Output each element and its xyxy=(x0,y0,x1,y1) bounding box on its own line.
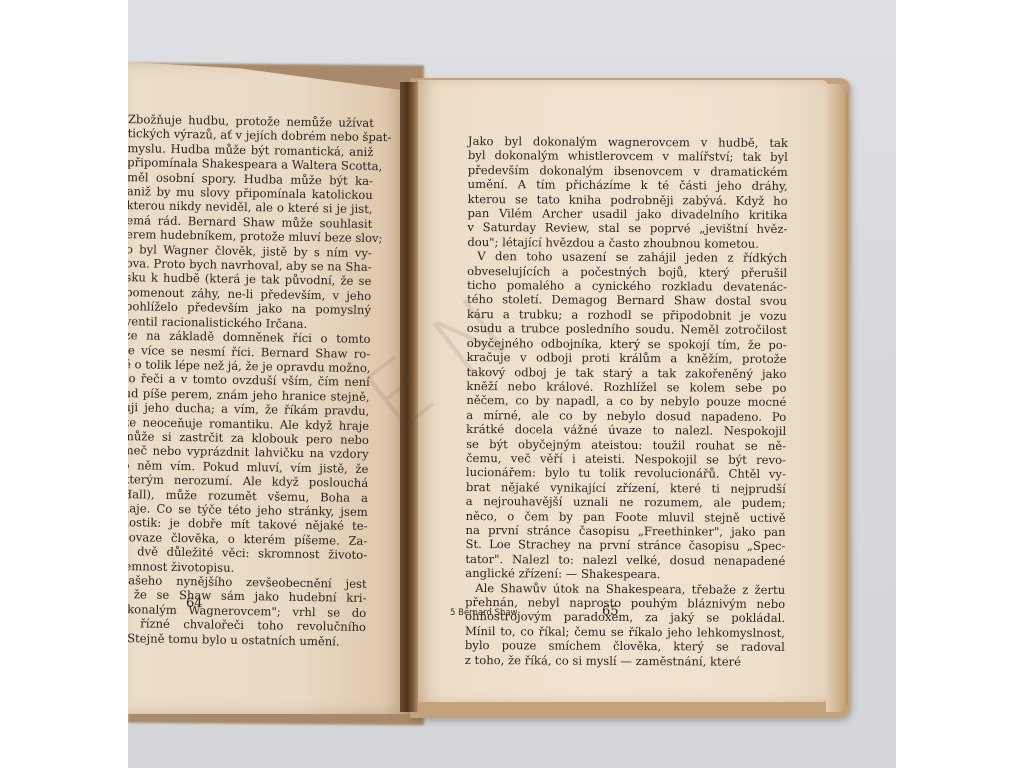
text-line: z toho, že říká, co si myslí — zaměstnán… xyxy=(465,653,785,669)
left-page-number: 64 xyxy=(186,596,203,611)
text-line: anglické zřízení: — Shakespeara. xyxy=(465,566,785,582)
text-line: lucionářem: bylo tu tolik revolucionářů.… xyxy=(466,465,786,481)
book-photo: Zbožňuje hudbu, protože nemůže užívattic… xyxy=(128,0,896,768)
left-page-text: Zbožňuje hudbu, protože nemůže užívattic… xyxy=(128,112,374,649)
text-line: bylo pouze smíchem člověka, který se rad… xyxy=(465,638,785,654)
right-page-edge xyxy=(826,84,848,712)
text-line: něčem, co by napadl, a co by nebylo pouz… xyxy=(466,393,786,409)
right-page-text: Jako byl dokonalým wagnerovcem v hudbě, … xyxy=(465,134,788,669)
text-line: krátké docela vážné úvaze to nalezl. Nes… xyxy=(466,422,786,438)
printer-signature: 5 Bernard Shaw xyxy=(450,608,518,618)
right-page-number: 65 xyxy=(602,604,619,619)
text-line: V den toho usazení se zahájil jeden z ří… xyxy=(467,249,787,265)
text-line: a nejrouhavější uznali ne rozumem, ale p… xyxy=(466,494,786,510)
text-line: umění. A tím přicházíme k té části jeho … xyxy=(468,177,788,193)
text-line: St. Loe Strachey na první stránce časopi… xyxy=(465,537,785,553)
